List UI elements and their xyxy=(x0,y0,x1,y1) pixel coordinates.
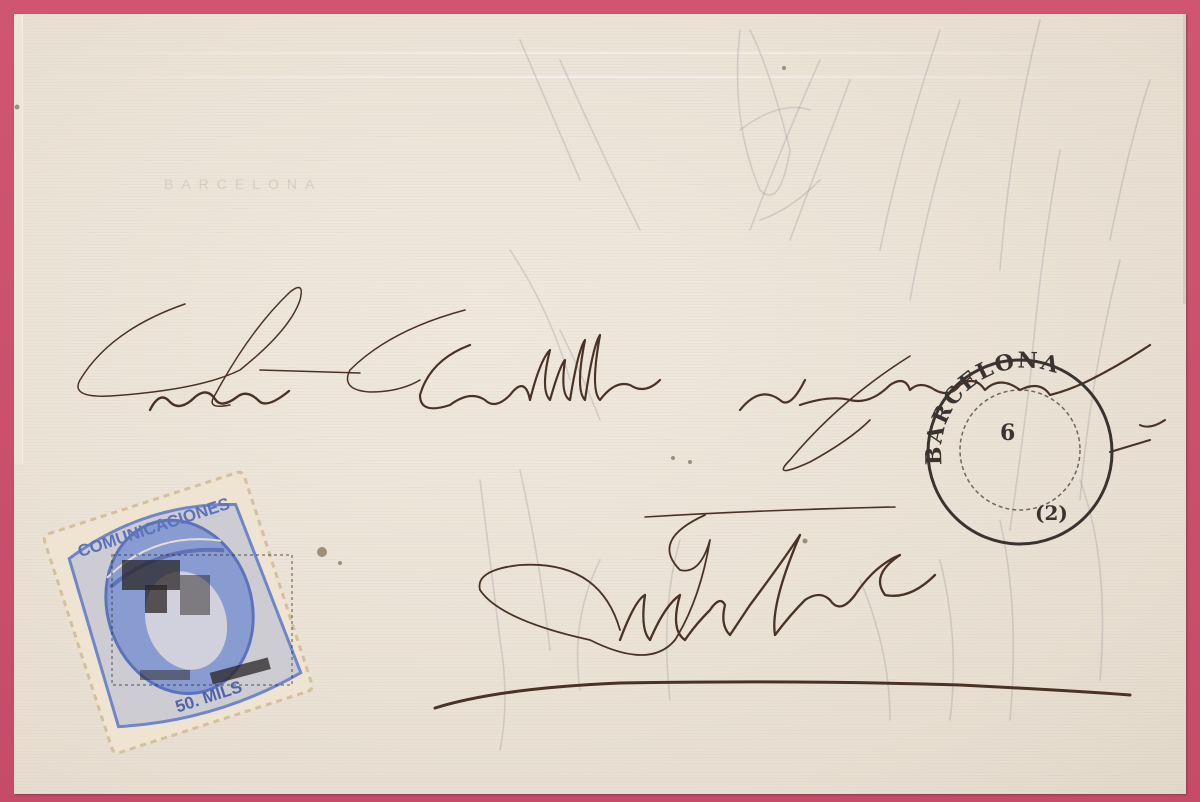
postmark-town: BARCELONA xyxy=(921,348,1063,466)
postmark-date: 6 xyxy=(1000,420,1015,446)
barcelona-postmark: BARCELONA 6 (2) xyxy=(900,340,1140,560)
postage-stamp: COMUNICACIONES 50. MILS xyxy=(30,460,330,760)
postmark-number: (2) xyxy=(1035,501,1068,525)
svg-text:BARCELONA: BARCELONA xyxy=(921,348,1063,466)
